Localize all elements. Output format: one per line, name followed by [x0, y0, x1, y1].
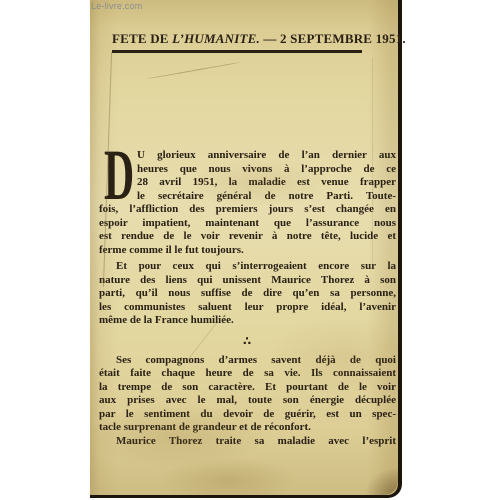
- header-text-prefix: FETE DE: [112, 31, 172, 46]
- text-line: le secrétaire général de notre Parti. To…: [137, 190, 396, 204]
- paper-crease: [147, 62, 242, 80]
- text-line: aux prises avec le mal, toute son énergi…: [99, 394, 396, 408]
- paragraph-2-lines: Et pour ceux qui s’interrogeaient encore…: [99, 260, 396, 328]
- text-line: Ses compagnons d’armes savent déjà de qu…: [99, 354, 396, 368]
- text-line: Maurice Thorez traite sa maladie avec l’…: [99, 435, 396, 449]
- paragraph-4: Maurice Thorez traite sa maladie avec l’…: [99, 435, 396, 449]
- text-line: les communistes saluent leur propre idéa…: [99, 301, 396, 315]
- text-line: tacle surprenant de grandeur et de récon…: [99, 421, 396, 435]
- text-line: heures que nous vivons à l’approche de c…: [137, 163, 396, 177]
- drop-cap: D: [104, 151, 134, 200]
- journal-title: L’HUMANITE.: [172, 31, 260, 46]
- book-page: FETE DE L’HUMANITE. — 2 SEPTEMBRE 1951. …: [90, 0, 402, 498]
- text-line: 28 avril 1951, la maladie est venue frap…: [137, 176, 396, 190]
- text-line: la trempe de son caractère. Et pourtant …: [99, 381, 396, 395]
- header-text-date: — 2 SEPTEMBRE 1951.: [260, 31, 406, 46]
- text-line: espoir impatient, maintenant que l’assur…: [99, 217, 396, 231]
- text-line: parti, qu’il nous suffise de dire qu’en …: [99, 287, 396, 301]
- text-line: fois, l’affliction des premiers jours s’…: [99, 203, 396, 217]
- paragraph-2: Et pour ceux qui s’interrogeaient encore…: [99, 260, 396, 328]
- text-line: par le sentiment du devoir de guérir, es…: [99, 408, 396, 422]
- paragraph-1-lines: U glorieux anniversaire de l’an dernier …: [99, 149, 396, 257]
- text-column: D U glorieux anniversaire de l’an dernie…: [99, 149, 396, 448]
- text-line: nature des liens qui unissent Maurice Th…: [99, 274, 396, 288]
- paragraph-3-lines: Ses compagnons d’armes savent déjà de qu…: [99, 354, 396, 435]
- scan-background: FETE DE L’HUMANITE. — 2 SEPTEMBRE 1951. …: [0, 0, 500, 500]
- page-header: FETE DE L’HUMANITE. — 2 SEPTEMBRE 1951.: [112, 31, 362, 53]
- paragraph-3: Ses compagnons d’armes savent déjà de qu…: [99, 354, 396, 435]
- text-line: ferme comme il le fut toujours.: [99, 244, 396, 258]
- paragraph-4-lines: Maurice Thorez traite sa maladie avec l’…: [99, 435, 396, 449]
- page-corner-shadow: [362, 465, 398, 495]
- text-line: était faite chaque heure de sa vie. Ils …: [99, 367, 396, 381]
- text-line: est rendue de le voir revenir à notre tê…: [99, 230, 396, 244]
- asterism-ornament: ∴: [99, 328, 396, 354]
- text-line: U glorieux anniversaire de l’an dernier …: [137, 149, 396, 163]
- text-line: même de la France humiliée.: [99, 314, 396, 328]
- text-line: Et pour ceux qui s’interrogeaient encore…: [99, 260, 396, 274]
- watermark: Le-livre.com: [91, 1, 142, 11]
- paragraph-opening: D U glorieux anniversaire de l’an dernie…: [99, 149, 396, 257]
